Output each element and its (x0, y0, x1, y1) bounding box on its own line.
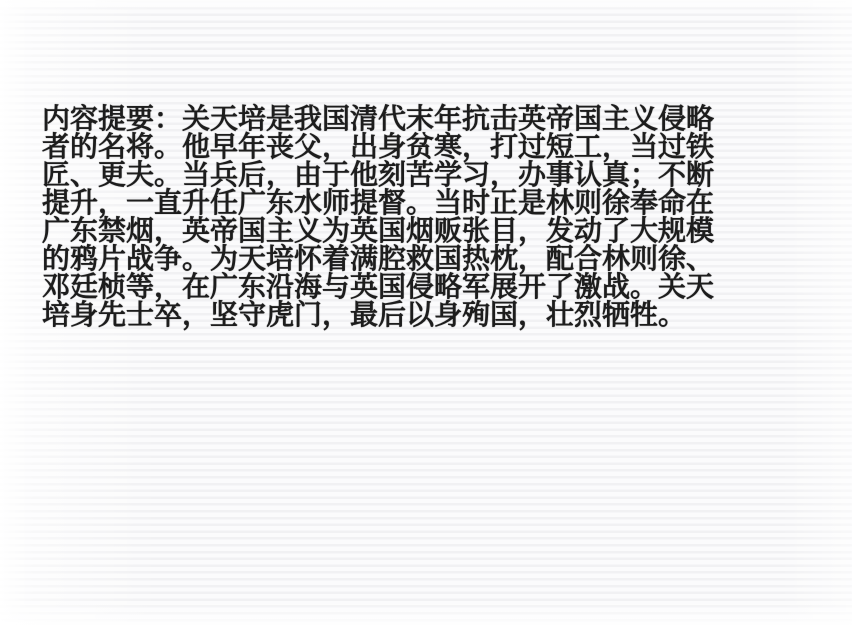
text-line-5: 广东禁烟，英帝国主义为英国烟贩张目，发动了大规模 (42, 217, 812, 245)
text-line-2: 者的名将。他早年丧父，出身贫寒，打过短工，当过铁 (42, 133, 812, 161)
text-line-6: 的鸦片战争。为天培怀着满腔救国热枕，配合林则徐、 (42, 245, 812, 273)
content-summary-paragraph: 内容提要：关天培是我国清代末年抗击英帝国主义侵略 者的名将。他早年丧父，出身贫寒… (42, 105, 812, 329)
text-line-7: 邓廷桢等，在广东沿海与英国侵略军展开了激战。关天 (42, 273, 812, 301)
scanned-document-page: 内容提要：关天培是我国清代末年抗击英帝国主义侵略 者的名将。他早年丧父，出身贫寒… (0, 0, 852, 625)
text-line-3: 匠、更夫。当兵后，由于他刻苦学习，办事认真；不断 (42, 161, 812, 189)
text-line-4: 提升，一直升任广东水师提督。当时正是林则徐奉命在 (42, 189, 812, 217)
text-line-8: 培身先士卒，坚守虎门，最后以身殉国，壮烈牺牲。 (42, 301, 812, 329)
text-line-1: 内容提要：关天培是我国清代末年抗击英帝国主义侵略 (42, 105, 812, 133)
